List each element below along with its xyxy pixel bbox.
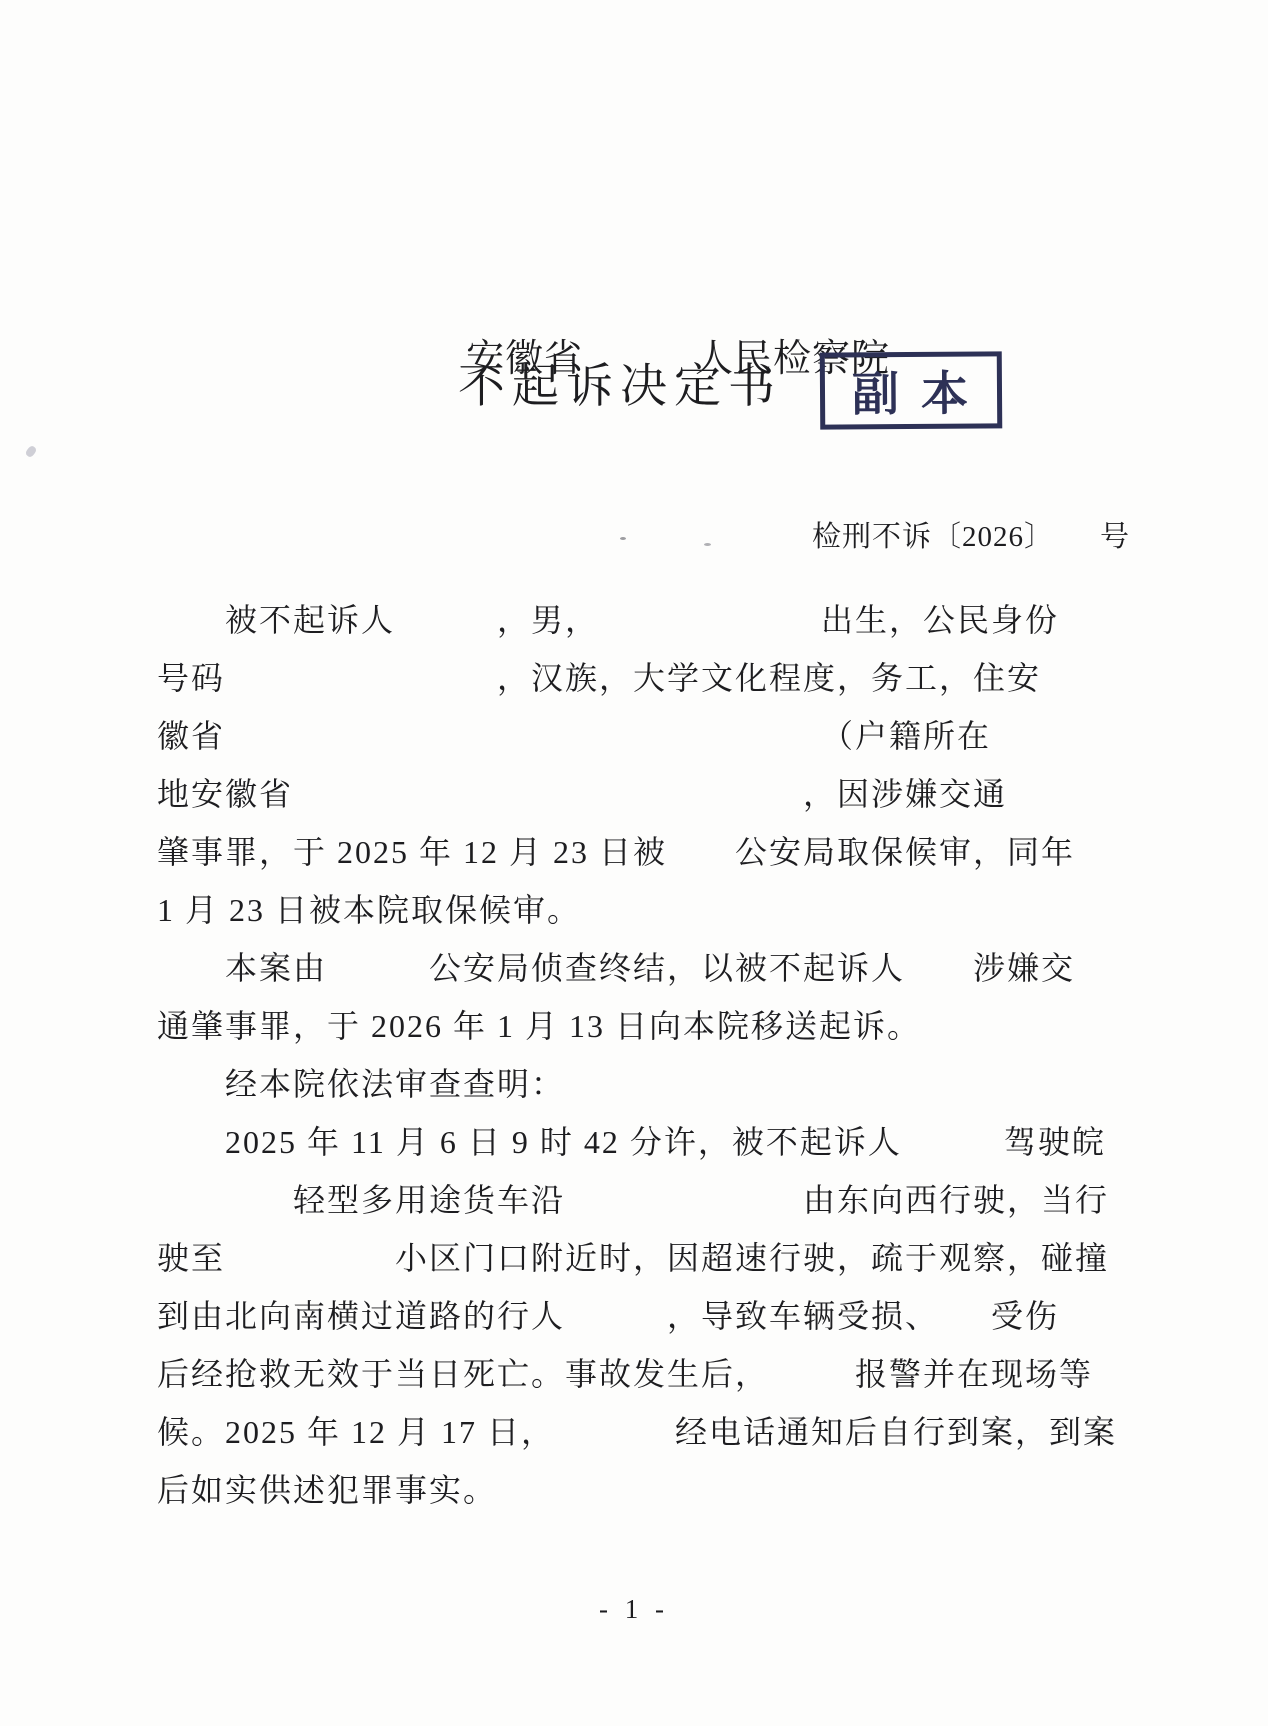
body-line: 驶至 小区门口附近时，因超速行驶，疏于观察，碰撞 [157, 1229, 1157, 1287]
case-number: 检刑不诉〔2026〕号 [779, 481, 1130, 588]
body-line: 本案由 公安局侦查终结，以被不起诉人 涉嫌交 [157, 939, 1157, 997]
case-number-prefix: 检刑不诉〔2026〕 [812, 521, 1054, 553]
body-line: 2025 年 11 月 6 日 9 时 42 分许，被不起诉人 驾驶皖 [157, 1113, 1157, 1171]
body-line: 到由北向南横过道路的行人 ，导致车辆受损、 受伤 [157, 1287, 1157, 1345]
body-line: 徽省 （户籍所在 [157, 707, 1157, 765]
body-line: 经本院依法审查查明： [157, 1055, 1157, 1113]
body-line: 通肇事罪，于 2026 年 1 月 13 日向本院移送起诉。 [157, 997, 1157, 1055]
body-line: 被不起诉人 ，男， 出生，公民身份 [157, 591, 1157, 649]
body-line: 1 月 23 日被本院取保候审。 [157, 881, 1157, 939]
scan-speck [704, 543, 711, 546]
body-line: 后经抢救无效于当日死亡。事故发生后， 报警并在现场等 [157, 1345, 1157, 1403]
duplicate-copy-stamp: 副本 [820, 351, 1003, 429]
body-line: 号码 ，汉族，大学文化程度，务工，住安 [157, 649, 1157, 707]
stamp-label: 副本 [852, 356, 990, 424]
body-line: 候。2025 年 12 月 17 日， 经电话通知后自行到案，到案 [157, 1403, 1157, 1461]
body-line: 轻型多用途货车沿 由东向西行驶，当行 [157, 1171, 1157, 1229]
scan-speck [620, 537, 626, 540]
body-line: 肇事罪，于 2025 年 12 月 23 日被 公安局取保候审，同年 [157, 823, 1157, 881]
case-number-suffix: 号 [1100, 514, 1130, 555]
page-number: - 1 - [0, 1594, 1268, 1625]
body-line: 地安徽省 ，因涉嫌交通 [157, 765, 1157, 823]
document-title: 不起诉决定书 [458, 349, 782, 416]
document-body: 被不起诉人 ，男， 出生，公民身份 号码 ，汉族，大学文化程度，务工，住安 徽省… [157, 591, 1157, 1519]
scanned-document-page: 安徽省人民检察院 不起诉决定书 副本 检刑不诉〔2026〕号 被不起诉人 ，男，… [0, 0, 1268, 1726]
body-line: 后如实供述犯罪事实。 [157, 1461, 1157, 1519]
scan-speck [24, 445, 37, 459]
